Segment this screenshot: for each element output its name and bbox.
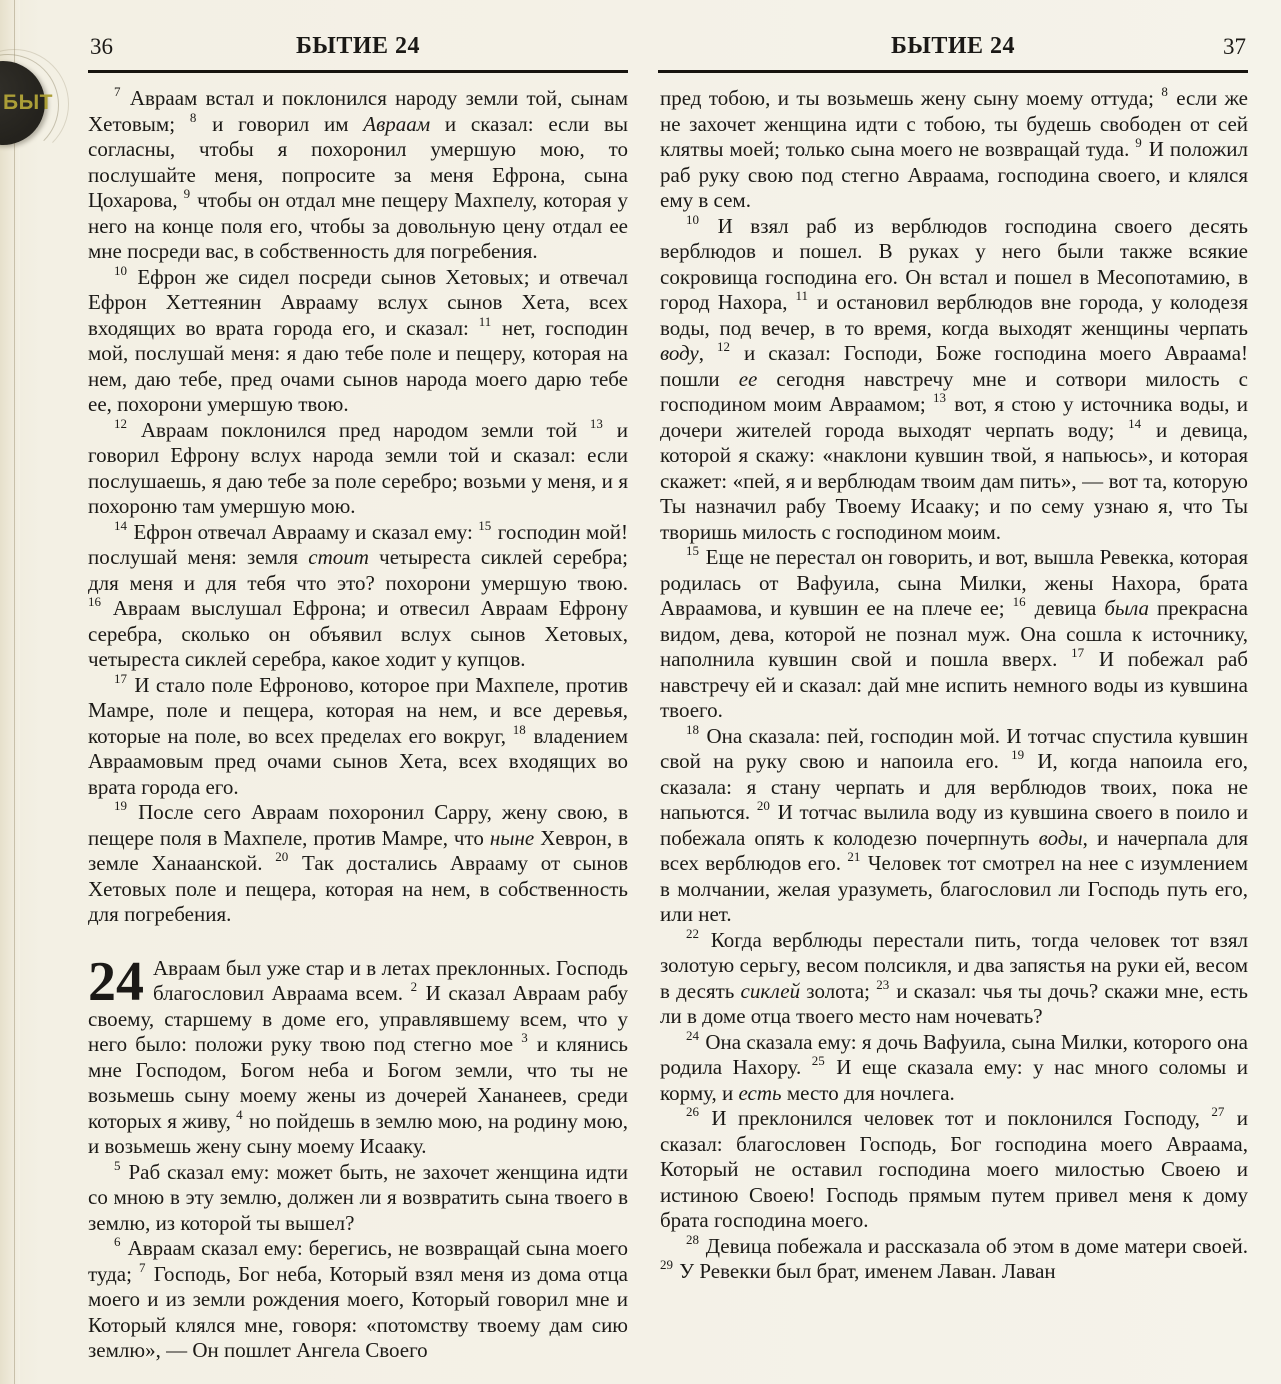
- verse-number: 12: [717, 339, 730, 354]
- verse-number: 29: [660, 1257, 673, 1272]
- left-running-head: БЫТИЕ 24: [88, 33, 628, 60]
- bible-paragraph: 15 Еще не перестал он говорить, и вот, в…: [660, 545, 1248, 724]
- verse-number: 19: [1011, 747, 1024, 762]
- italic-word: ее: [739, 367, 758, 391]
- chapter-number-dropcap: 24: [88, 958, 144, 1006]
- verse-number: 7: [114, 84, 121, 99]
- italic-word: воду: [660, 341, 699, 365]
- verse-number: 2: [411, 979, 418, 994]
- left-page-column: 7 Авраам встал и поклонился народу земли…: [88, 86, 628, 1364]
- book-spread: БЫТ 36 БЫТИЕ 24 7 Авраам встал и поклони…: [0, 0, 1281, 1384]
- italic-word: сиклей: [741, 979, 801, 1003]
- chapter-paragraph: 24Авраам был уже стар и в летах преклонн…: [88, 956, 628, 1160]
- italic-word: воды: [1039, 826, 1083, 850]
- verse-number: 18: [513, 722, 526, 737]
- verse-number: 6: [114, 1234, 121, 1249]
- thumb-index-tab: БЫТ: [0, 61, 45, 145]
- verse-number: 15: [478, 518, 491, 533]
- bible-paragraph: 6 Авраам сказал ему: берегись, не возвра…: [88, 1236, 628, 1364]
- verse-number: 5: [114, 1158, 121, 1173]
- verse-number: 14: [114, 518, 127, 533]
- bible-paragraph: 10 Ефрон же сидел посреди сынов Хетовых;…: [88, 265, 628, 418]
- verse-number: 8: [190, 110, 197, 125]
- bible-paragraph: 22 Когда верблюды перестали пить, тогда …: [660, 928, 1248, 1030]
- verse-number: 9: [1135, 135, 1142, 150]
- verse-number: 26: [686, 1104, 699, 1119]
- verse-number: 24: [686, 1028, 699, 1043]
- verse-number: 28: [686, 1232, 699, 1247]
- italic-word: есть: [739, 1081, 782, 1105]
- right-page-number: 37: [1223, 34, 1246, 60]
- verse-number: 21: [847, 849, 860, 864]
- page-edge-line: [14, 0, 15, 1384]
- verse-number: 25: [812, 1053, 825, 1068]
- verse-number: 8: [1161, 84, 1168, 99]
- bible-paragraph: 24 Она сказала ему: я дочь Вафуила, сына…: [660, 1030, 1248, 1107]
- verse-number: 15: [686, 543, 699, 558]
- right-page-header: БЫТИЕ 24 37: [658, 33, 1248, 73]
- verse-number: 14: [1128, 416, 1141, 431]
- verse-number: 17: [114, 671, 127, 686]
- verse-number: 10: [114, 263, 127, 278]
- bible-paragraph: 28 Девица побежала и рассказала об этом …: [660, 1234, 1248, 1285]
- thumb-index-tab-label: БЫТ: [0, 91, 53, 115]
- verse-number: 16: [1013, 594, 1026, 609]
- right-page-column: пред тобою, и ты возьмешь жену сыну моем…: [660, 86, 1248, 1285]
- bible-paragraph: 14 Ефрон отвечал Аврааму и сказал ему: 1…: [88, 520, 628, 673]
- verse-number: 27: [1211, 1104, 1224, 1119]
- verse-number: 20: [757, 798, 770, 813]
- bible-paragraph: 10 И взял раб из верблюдов господина сво…: [660, 214, 1248, 546]
- verse-number: 17: [1071, 645, 1084, 660]
- verse-number: 13: [590, 416, 603, 431]
- verse-number: 10: [686, 212, 699, 227]
- left-page-header: 36 БЫТИЕ 24: [88, 33, 628, 73]
- bible-paragraph: 12 Авраам поклонился пред народом земли …: [88, 418, 628, 520]
- verse-number: 11: [479, 314, 492, 329]
- verse-number: 18: [686, 722, 699, 737]
- verse-number: 20: [275, 849, 288, 864]
- verse-number: 19: [114, 798, 127, 813]
- verse-number: 11: [795, 288, 808, 303]
- bible-paragraph: 5 Раб сказал ему: может быть, не захочет…: [88, 1160, 628, 1237]
- bible-paragraph: пред тобою, и ты возьмешь жену сыну моем…: [660, 86, 1248, 214]
- bible-paragraph: 7 Авраам встал и поклонился народу земли…: [88, 86, 628, 265]
- verse-number: 16: [88, 594, 101, 609]
- italic-word: стоит: [308, 545, 369, 569]
- bible-paragraph: 17 И стало поле Ефроново, которое при Ма…: [88, 673, 628, 801]
- verse-number: 7: [139, 1260, 146, 1275]
- right-running-head: БЫТИЕ 24: [658, 33, 1248, 60]
- page-edge: [0, 0, 20, 1384]
- verse-number: 3: [521, 1030, 528, 1045]
- bible-paragraph: 18 Она сказала: пей, господин мой. И тот…: [660, 724, 1248, 928]
- verse-number: 22: [686, 926, 699, 941]
- verse-number: 12: [114, 416, 127, 431]
- verse-number: 4: [236, 1107, 243, 1122]
- verse-number: 13: [933, 390, 946, 405]
- italic-word: ныне: [490, 826, 534, 850]
- italic-word: была: [1104, 596, 1149, 620]
- bible-paragraph: 26 И преклонился человек тот и поклонилс…: [660, 1106, 1248, 1234]
- bible-paragraph: 19 После сего Авраам похоронил Сарру, же…: [88, 800, 628, 928]
- verse-number: 9: [184, 186, 191, 201]
- verse-number: 23: [876, 977, 889, 992]
- italic-word: Авраам: [363, 112, 430, 136]
